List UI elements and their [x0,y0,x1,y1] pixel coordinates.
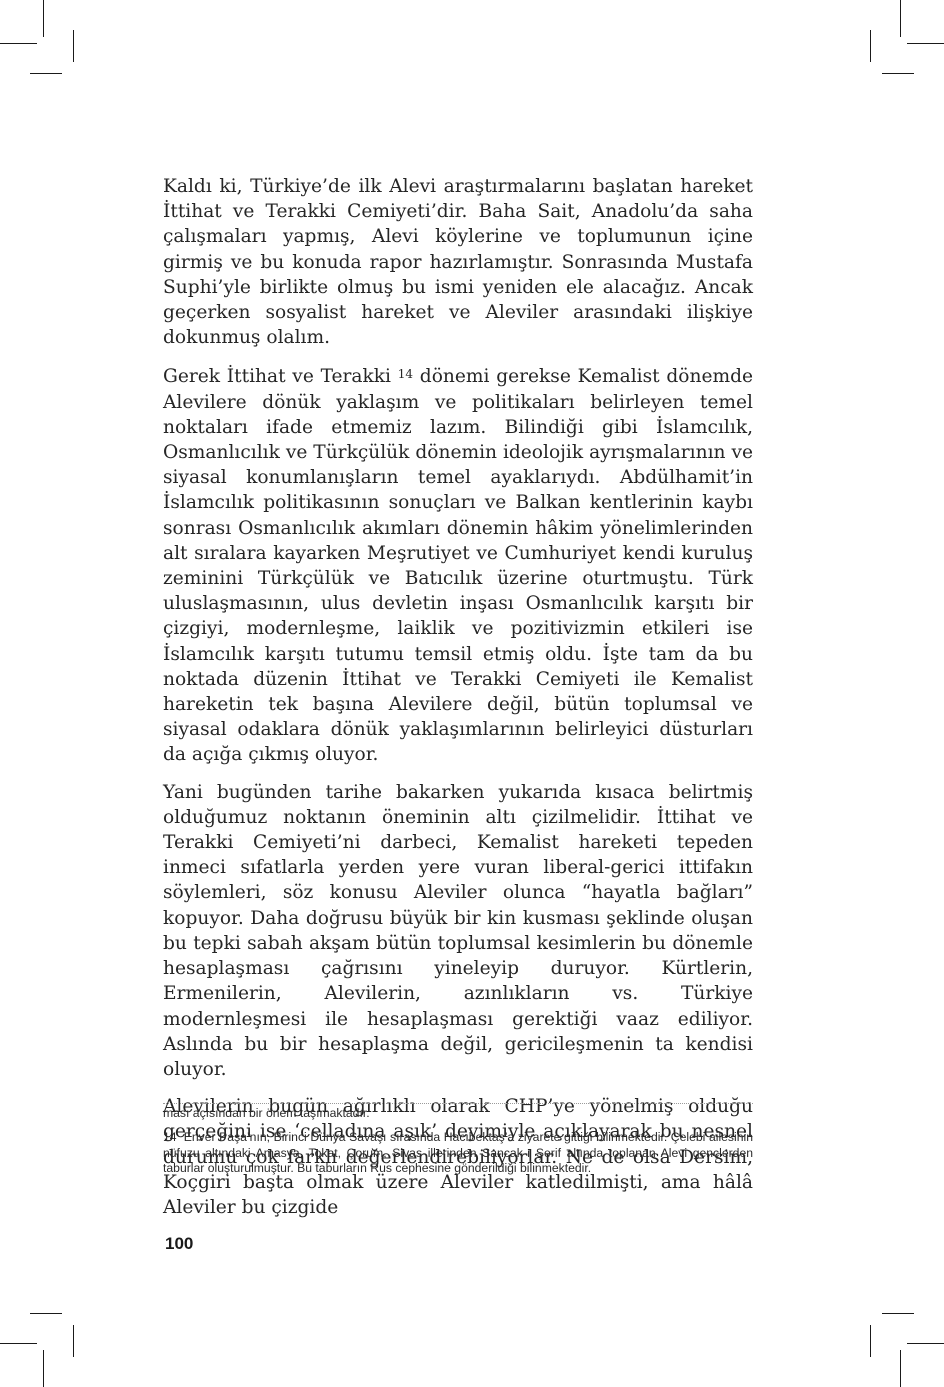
crop-mark [882,1313,914,1314]
crop-mark [870,30,871,62]
paragraph-text: dönemi gerekse Kemalist dönemde Aleviler… [163,366,753,765]
crop-mark [0,1343,37,1344]
crop-mark [43,1350,44,1387]
paragraph: Yani bugünden tarihe bakarken yukarıda k… [163,780,753,1082]
crop-mark [73,30,74,62]
page-number: 100 [165,1234,193,1254]
crop-mark [30,73,62,74]
footnote-text: Enver Paşa’nın, Birinci Dünya Savaşı sır… [163,1130,753,1175]
crop-mark [43,0,44,37]
crop-mark [900,0,901,37]
crop-mark [907,1343,944,1344]
footnote-continued: ması açısından bir önem taşımaktadır. [163,1106,753,1121]
crop-mark [907,43,944,44]
footnote-divider [163,1103,753,1104]
footnote-reference: 14 [398,367,413,381]
crop-mark [0,43,37,44]
crop-mark [73,1325,74,1357]
footnote-item: 14 Enver Paşa’nın, Birinci Dünya Savaşı … [163,1130,753,1176]
crop-mark [900,1350,901,1387]
paragraph: Gerek İttihat ve Terakki 14 dönemi gerek… [163,362,753,767]
crop-mark [30,1313,62,1314]
crop-mark [882,73,914,74]
paragraph-text: Gerek İttihat ve Terakki [163,366,398,387]
footnotes: ması açısından bir önem taşımaktadır. 14… [163,1106,753,1186]
footnote-number: 14 [163,1130,177,1144]
body-text: Kaldı ki, Türkiye’de ilk Alevi araştırma… [163,174,753,1220]
crop-mark [870,1325,871,1357]
paragraph: Kaldı ki, Türkiye’de ilk Alevi araştırma… [163,174,753,350]
